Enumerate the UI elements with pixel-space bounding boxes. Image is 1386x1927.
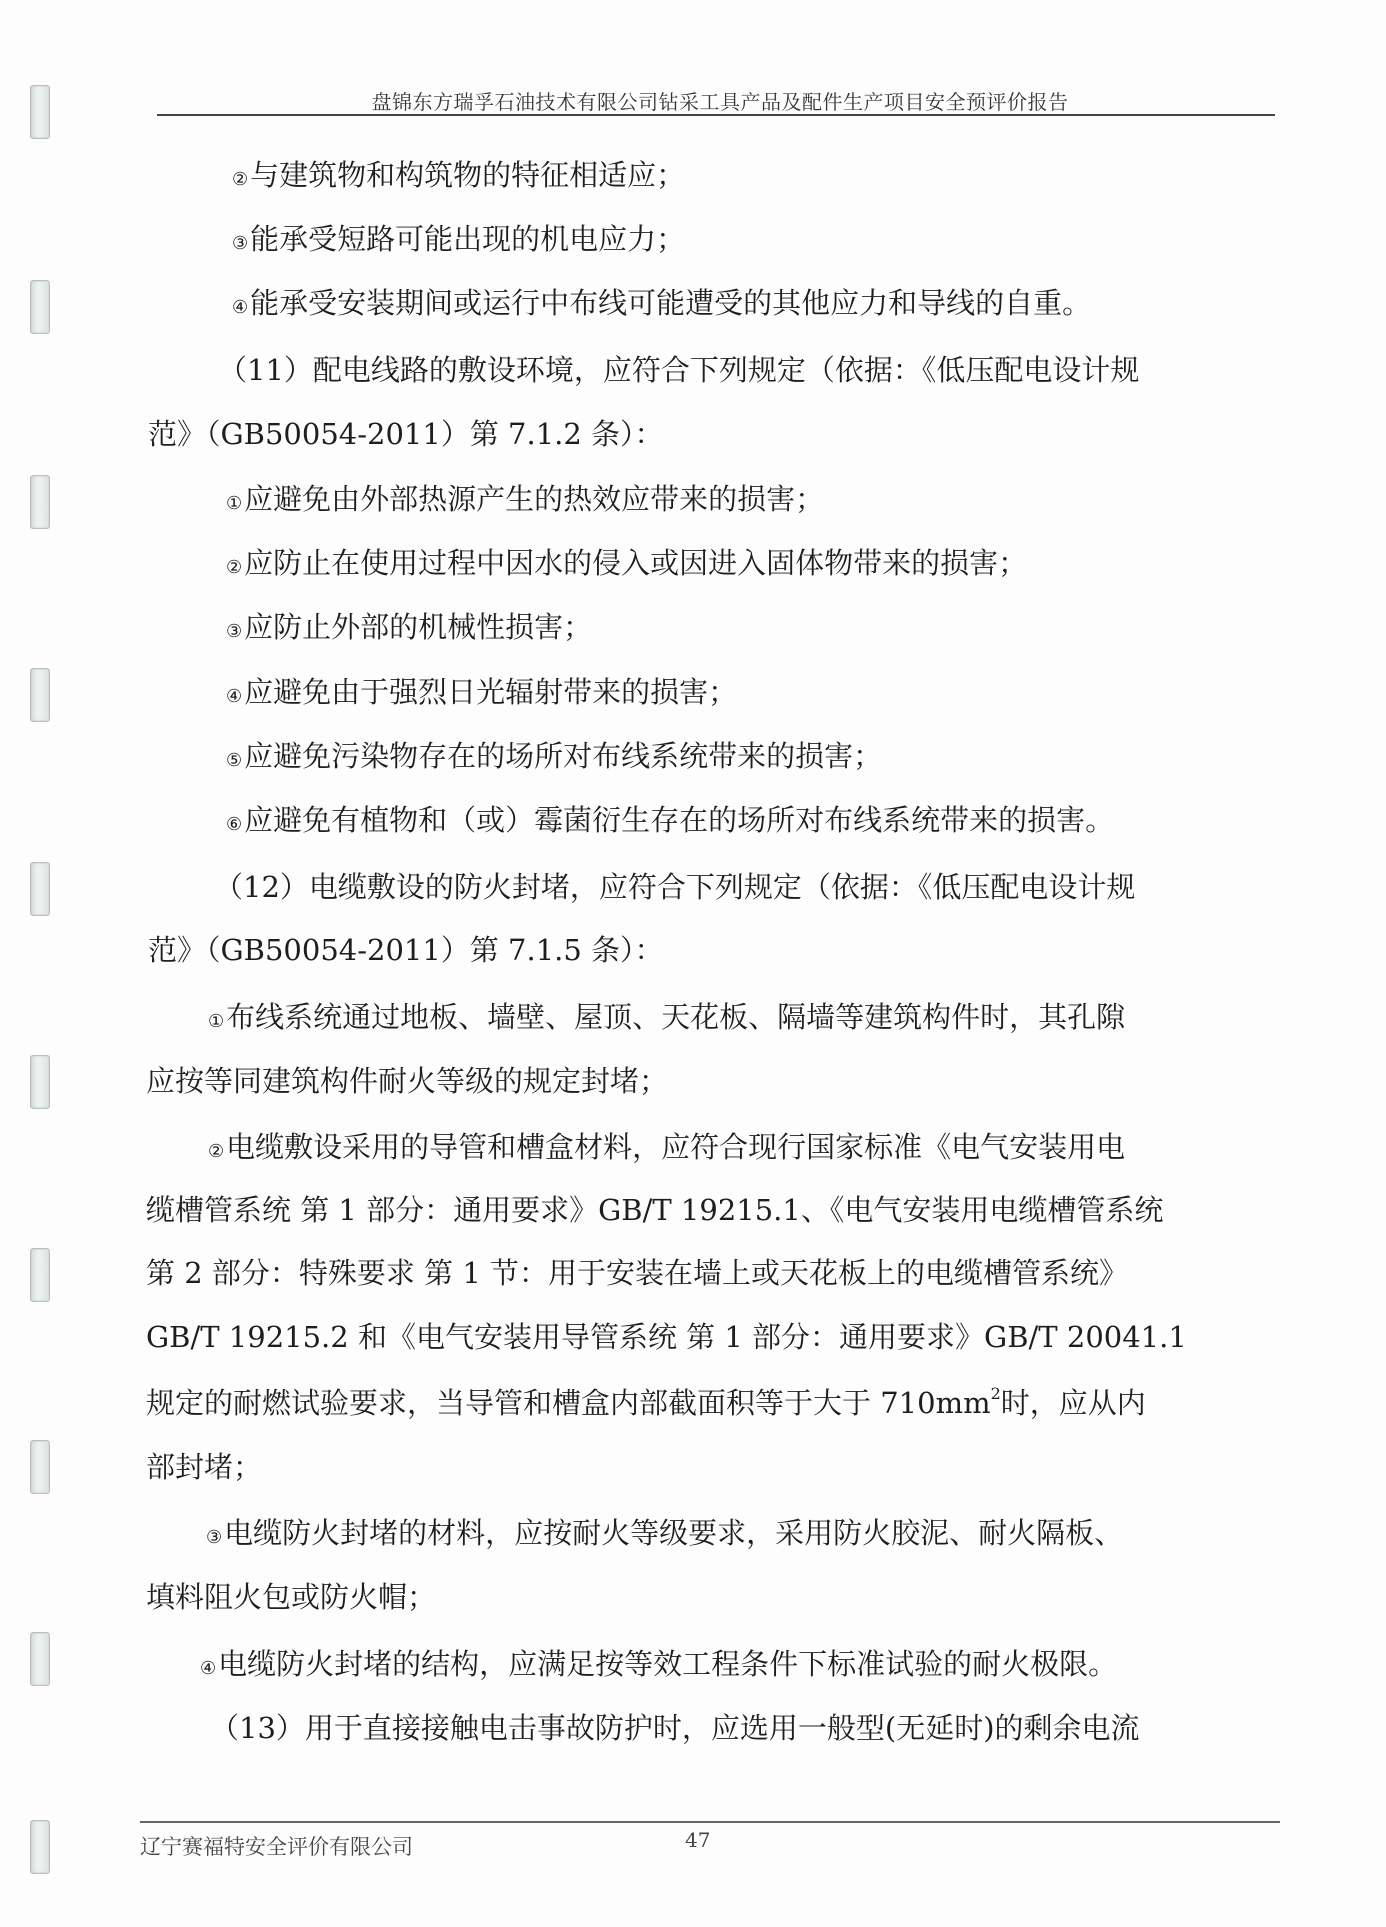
- list-marker: ②: [232, 169, 248, 190]
- list-item: ⑤应避免污染物存在的场所对布线系统带来的损害；: [226, 739, 882, 778]
- binder-hole: [30, 1820, 50, 1874]
- binder-hole: [30, 85, 50, 139]
- list-item: ③应防止外部的机械性损害；: [226, 610, 592, 649]
- paragraph-line: GB/T 19215.2 和《电气安装用导管系统 第 1 部分：通用要求》GB/…: [146, 1320, 1187, 1354]
- list-marker: ⑤: [226, 750, 242, 771]
- paragraph-line: 缆槽管系统 第 1 部分：通用要求》GB/T 19215.1、《电气安装用电缆槽…: [146, 1193, 1163, 1227]
- footer-company-name: 辽宁赛福特安全评价有限公司: [140, 1831, 413, 1861]
- list-item: ②电缆敷设采用的导管和槽盒材料，应符合现行国家标准《电气安装用电: [208, 1130, 1125, 1169]
- list-marker: ④: [232, 297, 248, 318]
- list-item: ②应防止在使用过程中因水的侵入或因进入固体物带来的损害；: [226, 546, 1027, 585]
- list-item: ③电缆防火封堵的材料，应按耐火等级要求，采用防火胶泥、耐火隔板、: [206, 1516, 1123, 1555]
- footer-divider: [140, 1821, 1280, 1823]
- list-item: ①应避免由外部热源产生的热效应带来的损害；: [226, 482, 824, 521]
- paragraph-line: 范》（GB50054-2011）第 7.1.5 条）：: [148, 933, 664, 967]
- binder-hole: [30, 475, 50, 529]
- paragraph-line: 部封堵；: [146, 1450, 262, 1484]
- paragraph-line: 第 2 部分：特殊要求 第 1 节：用于安装在墙上或天花板上的电缆槽管系统》: [146, 1256, 1128, 1290]
- paragraph-line: 规定的耐燃试验要求，当导管和槽盒内部截面积等于大于 710mm2时，应从内: [146, 1386, 1146, 1420]
- paragraph-line: （13）用于直接接触电击事故防护时，应选用一般型(无延时)的剩余电流: [210, 1711, 1140, 1745]
- binder-hole: [30, 862, 50, 916]
- list-item: ④能承受安装期间或运行中布线可能遭受的其他应力和导线的自重。: [232, 286, 1091, 325]
- list-item: ③能承受短路可能出现的机电应力；: [232, 222, 685, 261]
- list-marker: ①: [226, 493, 242, 514]
- list-marker: ③: [226, 621, 242, 642]
- list-item: ④应避免由于强烈日光辐射带来的损害；: [226, 675, 737, 714]
- binder-hole: [30, 1440, 50, 1494]
- paragraph-line: 应按等同建筑构件耐火等级的规定封堵；: [146, 1064, 668, 1098]
- paragraph-line: 范》（GB50054-2011）第 7.1.2 条）：: [148, 417, 664, 451]
- list-item: ④电缆防火封堵的结构，应满足按等效工程条件下标准试验的耐火极限。: [200, 1647, 1117, 1686]
- binder-hole: [30, 1632, 50, 1686]
- list-marker: ②: [208, 1141, 224, 1162]
- list-item: ②与建筑物和构筑物的特征相适应；: [232, 158, 685, 197]
- paragraph-line: （11）配电线路的敷设环境，应符合下列规定（依据：《低压配电设计规: [218, 353, 1139, 387]
- header-divider: [157, 114, 1275, 116]
- binder-hole: [30, 280, 50, 334]
- superscript: 2: [991, 1384, 1001, 1403]
- list-item: ①布线系统通过地板、墙壁、屋顶、天花板、隔墙等建筑构件时，其孔隙: [208, 1000, 1125, 1039]
- list-marker: ④: [226, 686, 242, 707]
- page-header-title: 盘锦东方瑞孚石油技术有限公司钻采工具产品及配件生产项目安全预评价报告: [160, 86, 1280, 115]
- binder-hole: [30, 1248, 50, 1302]
- list-marker: ①: [208, 1011, 224, 1032]
- list-marker: ⑥: [226, 814, 242, 835]
- paragraph-line: （12）电缆敷设的防火封堵，应符合下列规定（依据：《低压配电设计规: [214, 870, 1135, 904]
- list-marker: ②: [226, 557, 242, 578]
- list-marker: ④: [200, 1658, 216, 1679]
- list-item: ⑥应避免有植物和（或）霉菌衍生存在的场所对布线系统带来的损害。: [226, 803, 1114, 842]
- paragraph-line: 填料阻火包或防火帽；: [146, 1580, 436, 1614]
- binder-hole: [30, 1055, 50, 1109]
- page-number: 47: [685, 1828, 710, 1852]
- list-marker: ③: [232, 233, 248, 254]
- binder-hole: [30, 668, 50, 722]
- list-marker: ③: [206, 1527, 222, 1548]
